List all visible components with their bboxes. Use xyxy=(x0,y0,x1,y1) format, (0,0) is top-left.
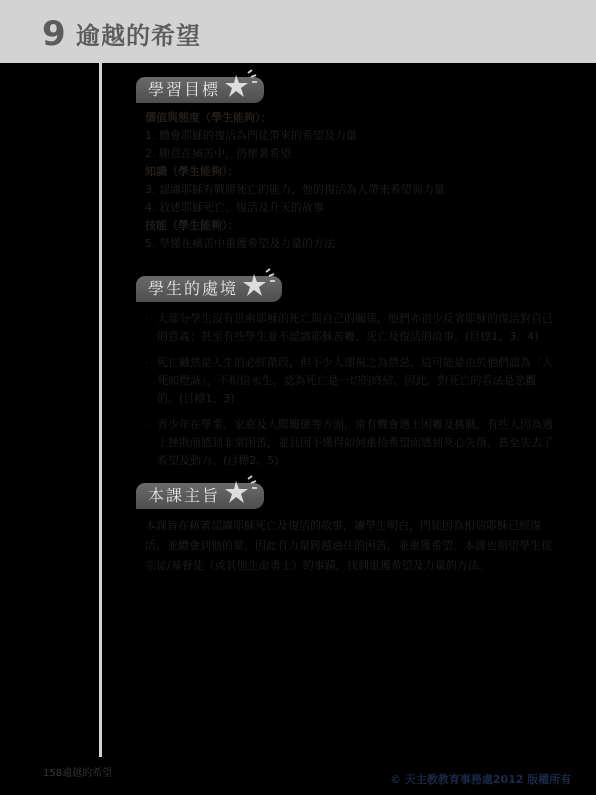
objective-item: 1. 體會耶穌的復活為門徒帶來的希望及力量 xyxy=(145,127,565,145)
copyright-notice: © 天主教教育事務處2012 版權所有 xyxy=(390,771,571,787)
objectives-list: 價值與態度（學生能夠）： 1. 體會耶穌的復活為門徒帶來的希望及力量 2. 願意… xyxy=(145,109,565,253)
section-banner-situation: 學生的處境 xyxy=(136,276,282,302)
section-title-situation: 學生的處境 xyxy=(148,279,238,298)
objective-group-heading: 技能（學生能夠）： xyxy=(145,217,565,235)
situation-bullet: 死亡雖然是人生的必經階段，但不少人卻視之為禁忌，這可能是由於他們認為「人死如燈滅… xyxy=(145,354,555,408)
objective-item: 5. 學懂在痛苦中重獲希望及力量的方法 xyxy=(145,235,565,253)
objective-item: 3. 認識耶穌有戰勝死亡的能力，他的復活為人帶來希望與力量 xyxy=(145,181,565,199)
section-title-objectives: 學習目標 xyxy=(148,80,220,99)
objective-item: 2. 願意在痛苦中，仍懷著希望 xyxy=(145,145,565,163)
situation-list: 大部分學生沒有思索耶穌的死亡與自己的關係，他們亦很少反省耶穌的復活對自己的意義；… xyxy=(145,310,555,478)
theme-paragraph: 本課旨在藉著認識耶穌死亡及復活的故事，讓學生明白，門徒因為相信耶穌已經復活，並體… xyxy=(145,516,555,576)
star-icon xyxy=(224,475,258,509)
page-number-label: 158逾越的希望 xyxy=(43,764,112,779)
page-header: 9 逾越的希望 xyxy=(0,0,596,63)
section-banner-theme: 本課主旨 xyxy=(136,483,264,509)
objective-group-heading: 價值與態度（學生能夠）： xyxy=(145,109,565,127)
margin-divider xyxy=(99,0,102,757)
objective-item: 4. 敘述耶穌死亡、復活及升天的故事 xyxy=(145,199,565,217)
section-title-theme: 本課主旨 xyxy=(148,486,220,505)
section-banner-objectives: 學習目標 xyxy=(136,77,264,103)
chapter-number: 9 xyxy=(42,14,66,54)
situation-bullet: 青少年在學業、家庭及人際關係等方面，常有機會遇上困難及挑戰，有些人因為遇上挫敗而… xyxy=(145,416,555,470)
objective-group-heading: 知識（學生能夠）： xyxy=(145,163,565,181)
chapter-title: 逾越的希望 xyxy=(76,20,201,52)
situation-bullet: 大部分學生沒有思索耶穌的死亡與自己的關係，他們亦很少反省耶穌的復活對自己的意義；… xyxy=(145,310,555,346)
star-icon xyxy=(224,69,258,103)
star-icon xyxy=(242,268,276,302)
